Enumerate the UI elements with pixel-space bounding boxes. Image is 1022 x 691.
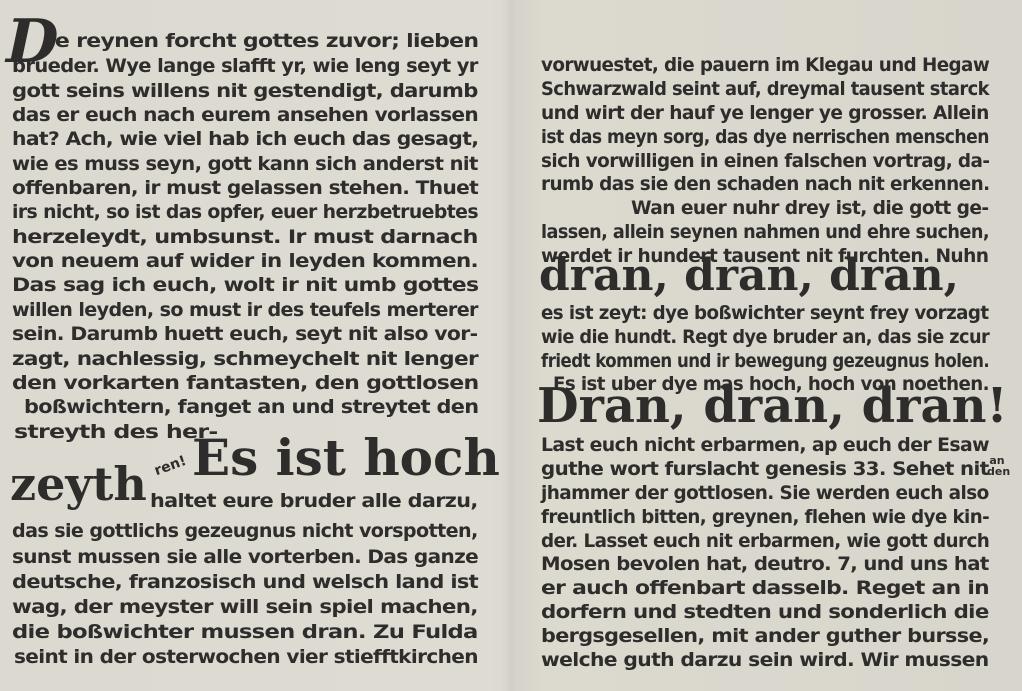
text-line: sein. Darumb huett euch, seyt nit also v… xyxy=(12,323,477,345)
text-line: freuntlich bitten, greynen, flehen wie d… xyxy=(541,506,989,528)
text-line: guthe wort furslacht genesis 33. Sehet n… xyxy=(541,458,989,480)
display-heading: Es ist hoch xyxy=(192,430,500,486)
text-line: das sie gottlichs gezeugnus nicht vorspo… xyxy=(12,520,478,542)
text-line: haltet eure bruder alle darzu, xyxy=(150,490,478,512)
text-line: seint in der osterwochen vier stiefftkir… xyxy=(14,646,478,668)
text-line: den vorkarten fantasten, den gottlosen xyxy=(12,372,479,394)
text-line-indented: Wan euer nuhr drey ist, die gott ge- xyxy=(631,197,989,219)
text-line: boßwichtern, fanget an und streytet den xyxy=(24,396,478,418)
text-line: friedt kommen und ir bewegung gezeugnus … xyxy=(541,350,989,372)
display-heading: Dran, dran, dran! xyxy=(537,378,1008,434)
right-page: vorwuestet, die pauern im Klegau und Heg… xyxy=(511,0,1022,691)
text-line: sich vorwilligen in einen falschen vortr… xyxy=(541,150,989,172)
text-line: irs nicht, so ist das opfer, euer herzbe… xyxy=(12,201,478,223)
text-line: sunst mussen sie alle vorterben. Das gan… xyxy=(12,546,478,568)
text-line: und wirt der hauf ye lenger ye grosser. … xyxy=(541,102,989,124)
text-line: Mosen bevolen hat, deutro. 7, und uns ha… xyxy=(541,553,989,575)
text-line: Das sag ich euch, wolt ir nit umb gottes xyxy=(12,274,478,296)
text-line: ist das meyn sorg, das dye nerrischen me… xyxy=(541,126,989,148)
text-line: zagt, nachlessig, schmeychelt nit lenger xyxy=(12,348,478,370)
text-line: lassen, allein seynen nahmen und ehre su… xyxy=(541,221,989,243)
text-line: herzeleydt, umbsunst. Ir must darnach xyxy=(12,226,478,248)
text-line: wag, der meyster will sein spiel machen, xyxy=(12,596,478,618)
text-line: wie die hundt. Regt dye bruder an, das s… xyxy=(541,326,989,348)
text-line: offenbaren, ir must gelassen stehen. Thu… xyxy=(12,177,478,199)
text-line: streyth des her- xyxy=(14,421,217,443)
text-line: Last euch nicht erbarmen, ap euch der Es… xyxy=(541,434,989,456)
text-line: er auch offenbart dasselb. Reget an in xyxy=(541,577,989,599)
text-line: gott seins willens nit gestendigt, darum… xyxy=(12,80,478,102)
text-line: hat? Ach, wie viel hab ich euch das gesa… xyxy=(12,128,478,150)
text-line: ie reynen forcht gottes zuvor; lieben xyxy=(48,30,478,52)
text-line: brueder. Wye lange slafft yr, wie leng s… xyxy=(12,55,478,77)
text-line: welche guth darzu sein wird. Wir mussen xyxy=(541,649,989,671)
text-line: willen leyden, so must ir des teufels me… xyxy=(12,299,478,321)
text-line: jhammer der gottlosen. Sie werden euch a… xyxy=(541,482,989,504)
text-line: es ist zeyt: dye boßwichter seynt frey v… xyxy=(541,302,989,324)
text-line: das er euch nach eurem ansehen vorlassen xyxy=(12,104,478,126)
text-line: von neuem auf wider in leyden kommen. xyxy=(12,250,478,272)
text-line: rumb das sie den schaden nach nit erkenn… xyxy=(541,173,990,195)
display-heading: dran, dran, dran, xyxy=(539,250,959,302)
book-spread: D ie reynen forcht gottes zuvor; lieben … xyxy=(0,0,1022,691)
text-line: vorwuestet, die pauern im Klegau und Heg… xyxy=(541,54,989,76)
text-line: deutsche, franzosisch und welsch land is… xyxy=(12,571,478,593)
margin-insert: an den xyxy=(987,455,1007,477)
text-line: der. Lasset euch nit erbarmen, wie gott … xyxy=(541,530,989,552)
display-word: zeyth xyxy=(10,458,147,510)
text-line: dorfern und stedten und sonderlich die xyxy=(541,601,989,623)
left-page: D ie reynen forcht gottes zuvor; lieben … xyxy=(0,0,511,691)
text-line: Schwarzwald seint auf, dreymal tausent s… xyxy=(541,78,989,100)
text-line: bergsgesellen, mit ander guther bursse, xyxy=(541,625,989,647)
text-line: die boßwichter mussen dran. Zu Fulda xyxy=(12,621,478,643)
inline-insert: ren! xyxy=(152,453,188,479)
text-line: wie es muss seyn, gott kann sich anderst… xyxy=(12,153,478,175)
